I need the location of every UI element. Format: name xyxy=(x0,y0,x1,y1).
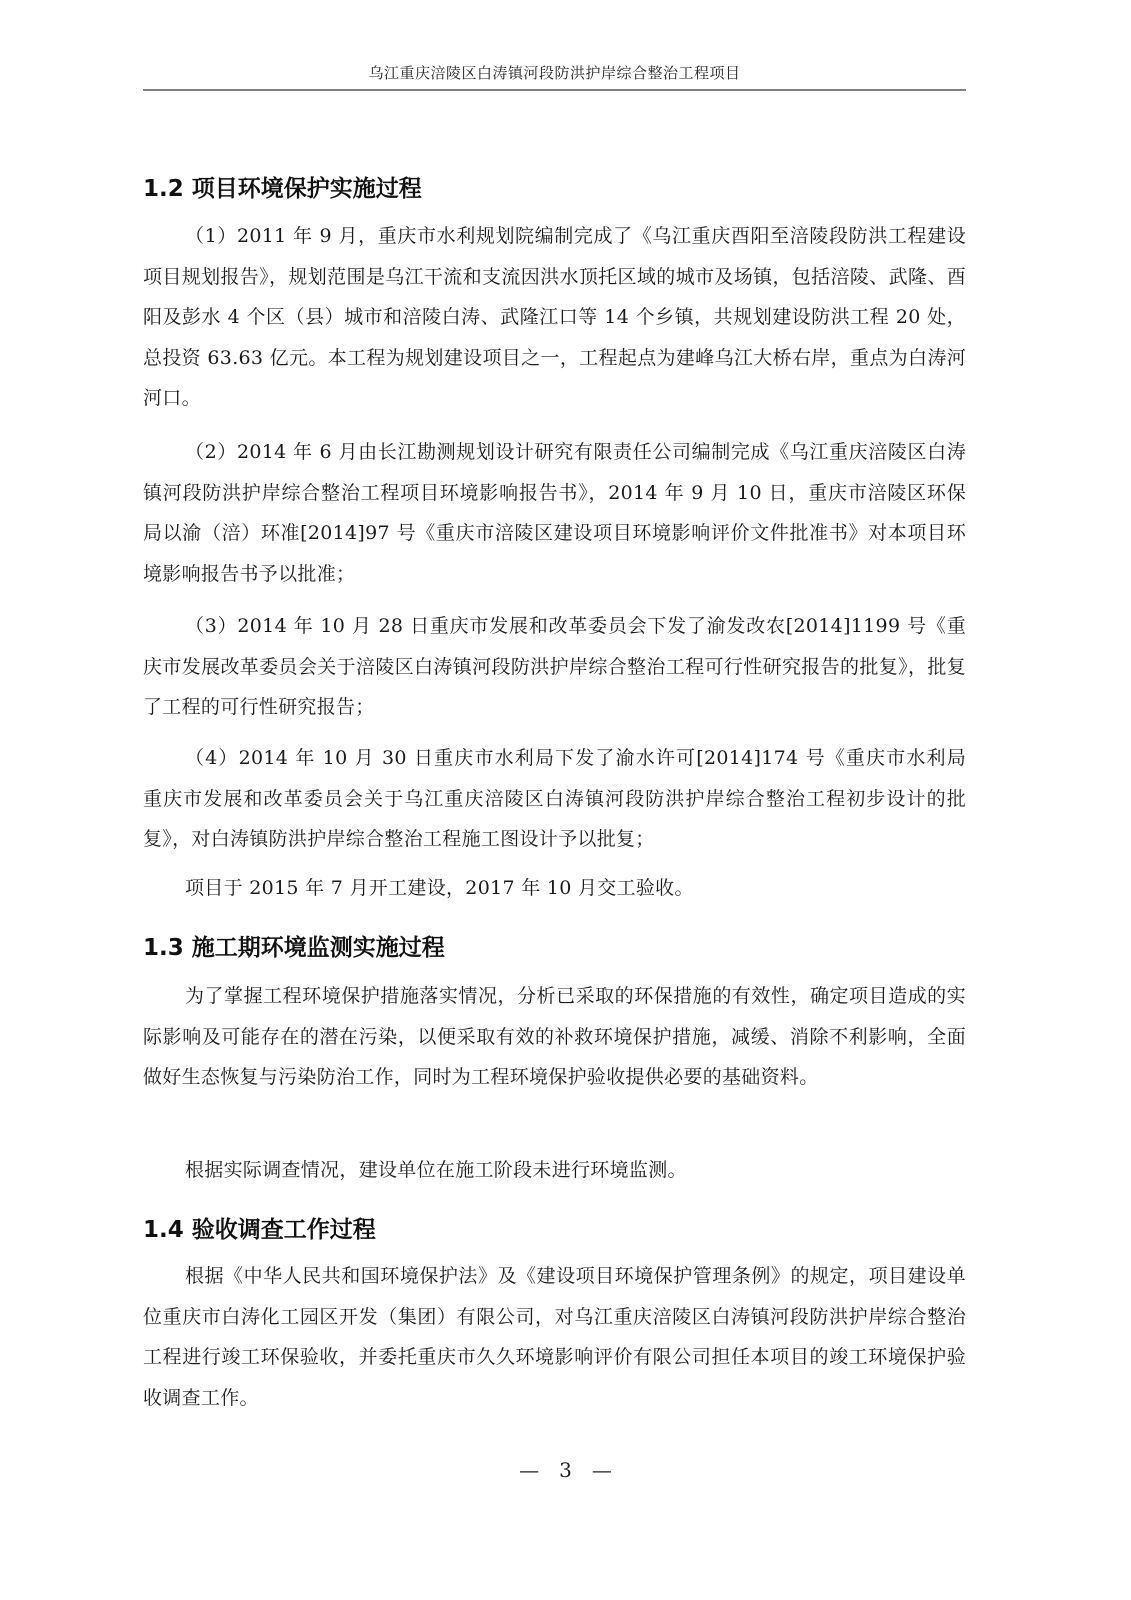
paragraph: （1）2011 年 9 月，重庆市水利规划院编制完成了《乌江重庆酉阳至涪陵段防洪… xyxy=(143,216,966,419)
header-divider xyxy=(143,89,966,91)
section-heading-1-4: 1.4 验收调查工作过程 xyxy=(143,1211,376,1244)
paragraph: 根据实际调查情况，建设单位在施工阶段未进行环境监测。 xyxy=(143,1150,966,1191)
page-number: — 3 — xyxy=(0,1454,1131,1483)
paragraph: （3）2014 年 10 月 28 日重庆市发展和改革委员会下发了渝发改农[20… xyxy=(143,606,966,728)
paragraph: （4）2014 年 10 月 30 日重庆市水利局下发了渝水许可[2014]17… xyxy=(143,738,966,860)
section-heading-1-3: 1.3 施工期环境监测实施过程 xyxy=(143,929,445,962)
paragraph: 根据《中华人民共和国环境保护法》及《建设项目环境保护管理条例》的规定，项目建设单… xyxy=(143,1256,966,1418)
paragraph: 为了掌握工程环境保护措施落实情况，分析已采取的环保措施的有效性，确定项目造成的实… xyxy=(143,976,966,1098)
paragraph: （2）2014 年 6 月由长江勘测规划设计研究有限责任公司编制完成《乌江重庆涪… xyxy=(143,432,966,594)
section-heading-1-2: 1.2 项目环境保护实施过程 xyxy=(143,170,422,203)
running-header: 乌江重庆涪陵区白涛镇河段防洪护岸综合整治工程项目 xyxy=(143,62,966,83)
paragraph: 项目于 2015 年 7 月开工建设，2017 年 10 月交工验收。 xyxy=(143,868,966,909)
